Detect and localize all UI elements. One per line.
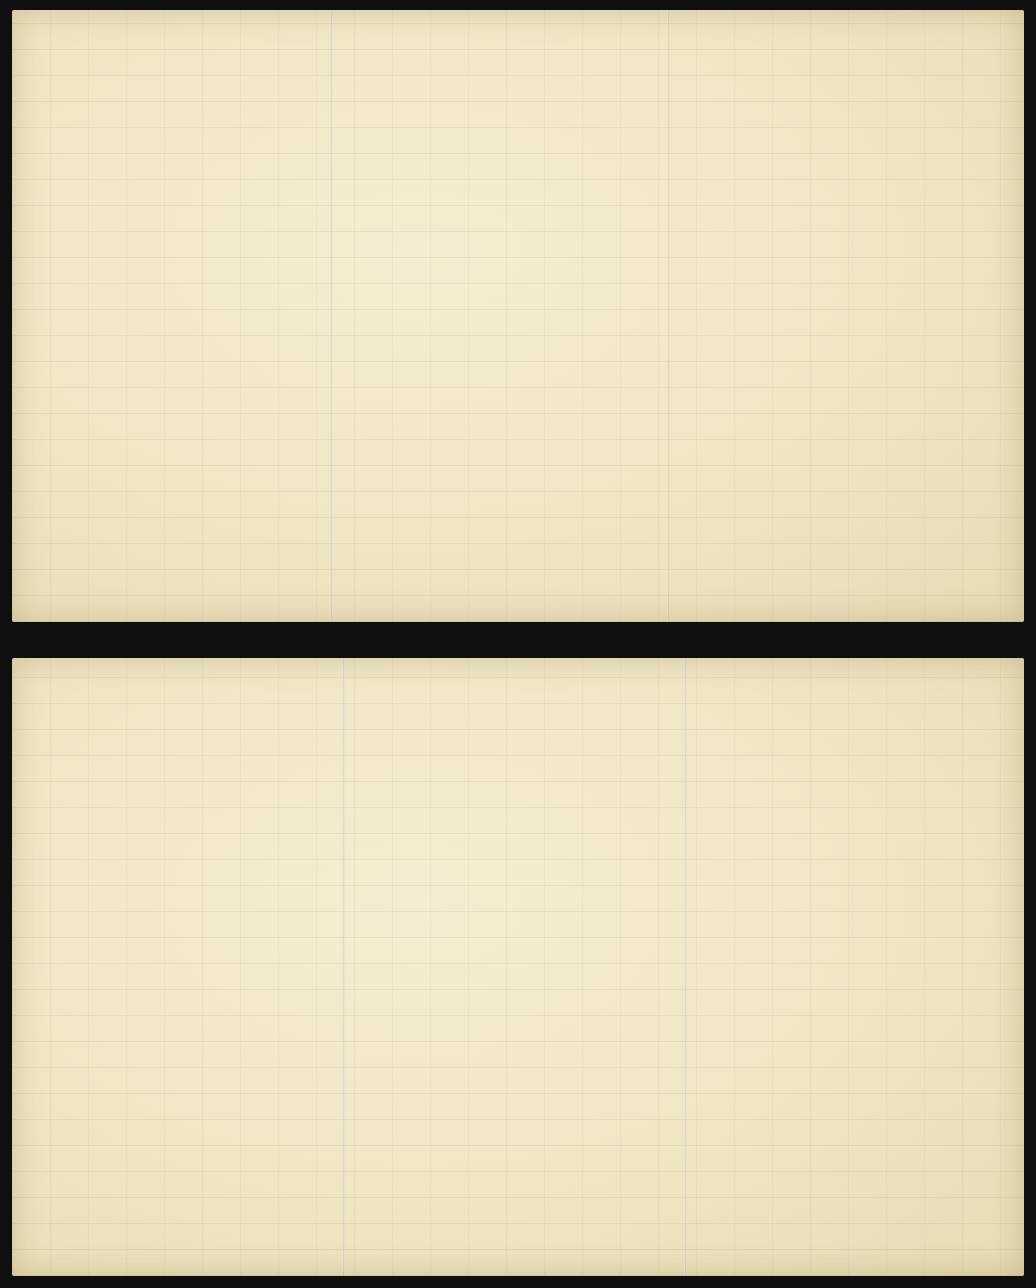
fold-crease [342,658,345,1276]
fold-crease [684,658,687,1276]
fold-crease [667,10,670,622]
letter-page-bottom [12,658,1024,1276]
letter-page-top [12,10,1024,622]
fold-crease [330,10,333,622]
